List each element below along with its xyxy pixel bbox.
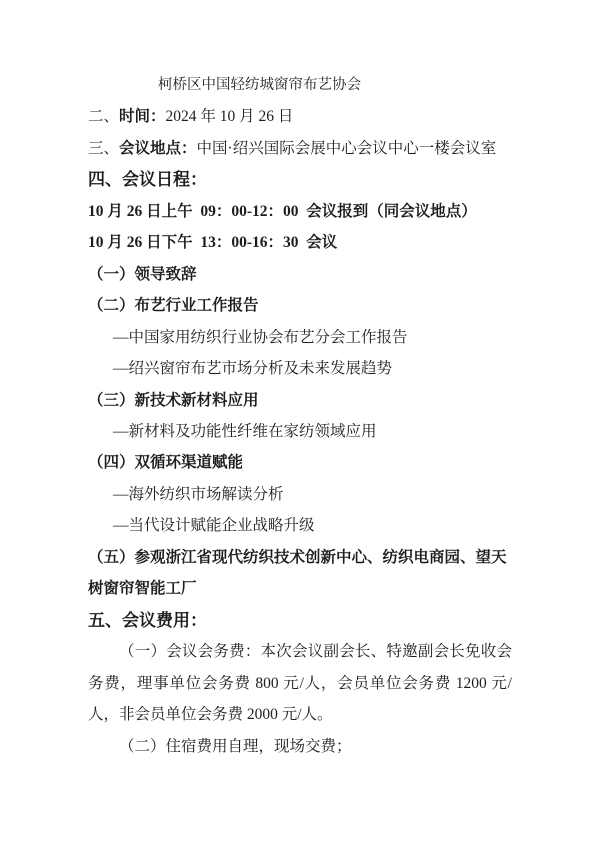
agenda-item-1-title: （一）领导致辞 <box>88 259 512 290</box>
meeting-location-value: 中国·绍兴国际会展中心会议中心一楼会议室 <box>197 140 497 157</box>
agenda-item-2-title: （二）布艺行业工作报告 <box>88 290 512 321</box>
agenda-morning-schedule: 10 月 26 日上午 09：00-12：00 会议报到（同会议地点） <box>88 196 512 227</box>
fee-item-2: （二）住宿费用自理，现场交费； <box>88 731 512 762</box>
agenda-item-3-title: （三）新技术新材料应用 <box>88 385 512 416</box>
fee-item-1: （一）会议会务费：本次会议副会长、特邀副会长免收会务费，理事单位会务费 800 … <box>88 636 512 730</box>
agenda-item-5-title: （五）参观浙江省现代纺织技术创新中心、纺织电商园、望天树窗帘智能工厂 <box>88 542 512 605</box>
meeting-location-number: 三、 <box>88 140 119 157</box>
agenda-item-4-title: （四）双循环渠道赋能 <box>88 447 512 478</box>
agenda-item-4-subitem-2: —当代设计赋能企业战略升级 <box>88 510 512 541</box>
agenda-heading: 四、会议日程： <box>88 164 512 195</box>
agenda-heading-number: 四、 <box>88 170 122 189</box>
document-page: 柯桥区中国轻纺城窗帘布艺协会 二、时间：2024 年 10 月 26 日 三、会… <box>0 0 600 849</box>
meeting-location-line: 三、会议地点：中国·绍兴国际会展中心会议中心一楼会议室 <box>88 133 512 164</box>
fees-heading-label: 会议费用： <box>122 611 207 630</box>
agenda-item-2-subitem-2: —绍兴窗帘布艺市场分析及未来发展趋势 <box>88 353 512 384</box>
meeting-time-label: 时间： <box>119 108 166 125</box>
meeting-location-label: 会议地点： <box>119 140 197 157</box>
agenda-heading-label: 会议日程： <box>122 170 207 189</box>
agenda-item-3-subitem-1: —新材料及功能性纤维在家纺领域应用 <box>88 416 512 447</box>
meeting-time-number: 二、 <box>88 108 119 125</box>
agenda-item-2-subitem-1: —中国家用纺织行业协会布艺分会工作报告 <box>88 322 512 353</box>
fees-heading: 五、会议费用： <box>88 605 512 636</box>
meeting-time-value: 2024 年 10 月 26 日 <box>166 108 294 125</box>
agenda-item-4-subitem-1: —海外纺织市场解读分析 <box>88 479 512 510</box>
meeting-time-line: 二、时间：2024 年 10 月 26 日 <box>88 101 512 132</box>
association-name-line: 柯桥区中国轻纺城窗帘布艺协会 <box>158 70 512 101</box>
agenda-afternoon-schedule: 10 月 26 日下午 13：00-16：30 会议 <box>88 227 512 258</box>
fees-heading-number: 五、 <box>88 611 122 630</box>
